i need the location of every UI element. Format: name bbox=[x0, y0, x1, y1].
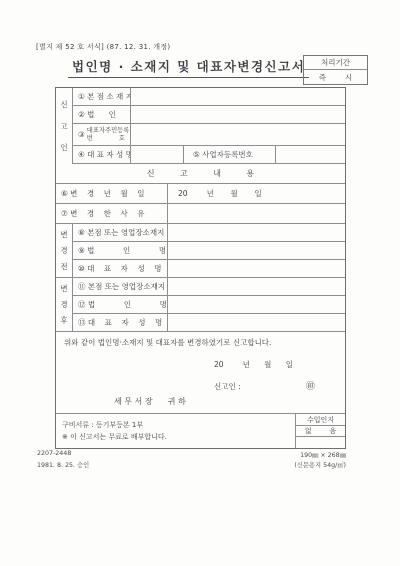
signature-date: 20 년 월 일 bbox=[214, 359, 293, 370]
before-side-char: 경 bbox=[60, 245, 67, 256]
field-change-reason bbox=[168, 204, 345, 224]
after-side-char: 경 bbox=[60, 299, 67, 310]
form-title: 법인명 · 소재지 및 대표자변경신고서 bbox=[68, 57, 309, 78]
required-documents: 구비서류 : 등기부등본 1부 bbox=[62, 419, 295, 431]
requirements-box: 구비서류 : 등기부등본 1부 ※ 이 신고서는 무료로 배부합니다. bbox=[56, 414, 296, 448]
circled-3: ③ bbox=[78, 130, 85, 139]
form-reference-note: [별지 제 52 호 서식] (87. 12. 31. 개정) bbox=[36, 42, 170, 52]
processing-time-label: 처리기간 bbox=[304, 56, 367, 70]
label-before-corporate-name: ⑨ 법 인 명 bbox=[73, 242, 168, 260]
declarant-signature-label: 신고인 : bbox=[214, 381, 241, 392]
label-line-1: 대표자주민등록 bbox=[87, 127, 130, 135]
field-head-office-address bbox=[131, 88, 345, 106]
section-title-report-contents: 신 고 내 용 bbox=[56, 164, 345, 184]
label-representative-name: ④ 대 표 자 성 명 bbox=[73, 146, 131, 164]
paper-spec: (신문용지 54g/㎡) bbox=[238, 460, 346, 469]
recipient-tax-office: 세 무 서 장 귀 하 bbox=[114, 396, 186, 407]
label-before-representative-name: ⑩ 대 표 자 성 명 bbox=[73, 260, 168, 278]
label-business-registration-number: ⑤ 사업자등록번호 bbox=[184, 146, 276, 164]
before-change-side-label: 변 경 전 bbox=[56, 224, 73, 278]
field-change-date: 20 년 월 일 bbox=[168, 184, 345, 204]
paper-size: 190㎜ × 268㎜ bbox=[238, 450, 346, 459]
approval-date: 1981. 8. 25. 승인 bbox=[37, 460, 89, 469]
form-code: 2207-2448 bbox=[37, 450, 71, 457]
declaration-statement: 위와 같이 법인명·소재지 및 대표자를 변경하였기로 신고합니다. bbox=[64, 337, 271, 348]
field-before-representative-name bbox=[168, 260, 345, 278]
field-after-corporate-name bbox=[168, 296, 345, 314]
field-after-office-address bbox=[168, 278, 345, 296]
declarant-side-label: 신 고 인 bbox=[56, 88, 73, 164]
form-table: 신 고 인 ① 본 점 소 재 지 ② 법 인 명 ③ 대표자주민등록 번 호 … bbox=[55, 87, 346, 449]
field-business-registration-number bbox=[276, 146, 345, 164]
field-after-representative-name bbox=[168, 314, 345, 332]
label-representative-resident-number: ③ 대표자주민등록 번 호 bbox=[73, 124, 131, 146]
revenue-stamp-empty-cell bbox=[296, 437, 345, 448]
label-change-reason: ⑦ 변 경 한 사 유 bbox=[56, 204, 168, 224]
field-representative-name bbox=[131, 146, 184, 164]
after-side-char: 후 bbox=[60, 315, 67, 326]
before-side-char: 전 bbox=[60, 261, 67, 272]
label-corporate-name: ② 법 인 명 bbox=[73, 106, 131, 124]
processing-time-value: 즉 시 bbox=[304, 70, 367, 84]
label-after-corporate-name: ⑫ 법 인 명 bbox=[73, 296, 168, 314]
label-before-office-address: ⑧ 본점 또는 영업장소재지 bbox=[73, 224, 168, 242]
label-line-2: 번 호 bbox=[87, 135, 130, 143]
processing-time-box: 처리기간 즉 시 bbox=[303, 55, 368, 85]
label-after-office-address: ⑪ 본점 또는 영업장소재지 bbox=[73, 278, 168, 296]
before-side-char: 변 bbox=[60, 229, 67, 240]
field-before-corporate-name bbox=[168, 242, 345, 260]
signature-block: 위와 같이 법인명·소재지 및 대표자를 변경하였기로 신고합니다. 20 년 … bbox=[56, 332, 345, 414]
revenue-stamp-value: 없 음 bbox=[296, 426, 345, 437]
declarant-side-char: 인 bbox=[60, 142, 67, 153]
title-row: 법인명 · 소재지 및 대표자변경신고서 bbox=[68, 56, 306, 78]
declarant-side-char: 신 bbox=[60, 99, 67, 110]
declarant-side-char: 고 bbox=[60, 121, 67, 132]
free-distribution-note: ※ 이 신고서는 무료로 배부합니다. bbox=[62, 431, 295, 443]
field-representative-resident-number bbox=[131, 124, 345, 146]
label-head-office-address: ① 본 점 소 재 지 bbox=[73, 88, 131, 106]
label-after-representative-name: ⑬ 대 표 자 성 명 bbox=[73, 314, 168, 332]
field-corporate-name bbox=[131, 106, 345, 124]
field-before-office-address bbox=[168, 224, 345, 242]
revenue-stamp-label: 수입인지 bbox=[296, 414, 345, 426]
seal-mark-icon: ㊞ bbox=[306, 379, 315, 392]
after-side-char: 변 bbox=[60, 283, 67, 294]
after-change-side-label: 변 경 후 bbox=[56, 278, 73, 332]
label-change-date: ⑥ 변 경 년 월 일 bbox=[56, 184, 168, 204]
scanned-form-page: [별지 제 52 호 서식] (87. 12. 31. 개정) 법인명 · 소재… bbox=[0, 0, 400, 566]
